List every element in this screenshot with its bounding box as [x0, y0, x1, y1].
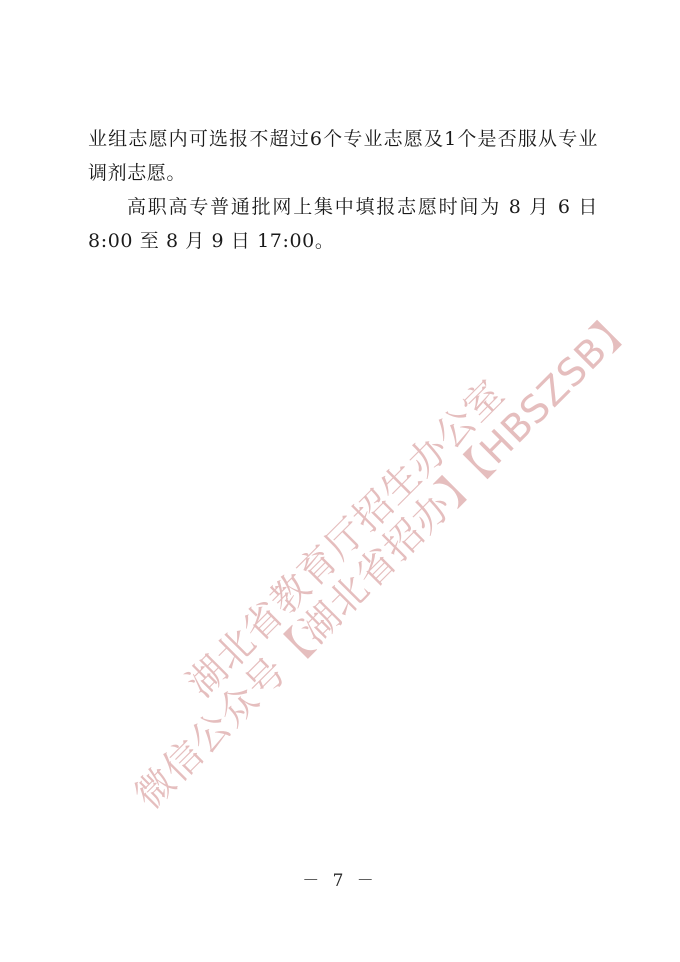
document-body: 业组志愿内可选报不超过6个专业志愿及1个是否服从专业调剂志愿。 高职高专普通批网…	[88, 122, 598, 258]
paragraph-filing-time: 高职高专普通批网上集中填报志愿时间为 8 月 6 日 8:00 至 8 月 9 …	[88, 190, 598, 258]
document-page: 业组志愿内可选报不超过6个专业志愿及1个是否服从专业调剂志愿。 高职高专普通批网…	[0, 0, 680, 962]
watermark-line-office: 湖北省教育厅招生办公室	[172, 365, 514, 707]
page-number: － 7 －	[0, 866, 680, 891]
paragraph-volunteer-options: 业组志愿内可选报不超过6个专业志愿及1个是否服从专业调剂志愿。	[88, 122, 598, 190]
watermark-line-wechat: 微信公众号【湖北省招办】【HBSZSB】	[120, 294, 645, 819]
